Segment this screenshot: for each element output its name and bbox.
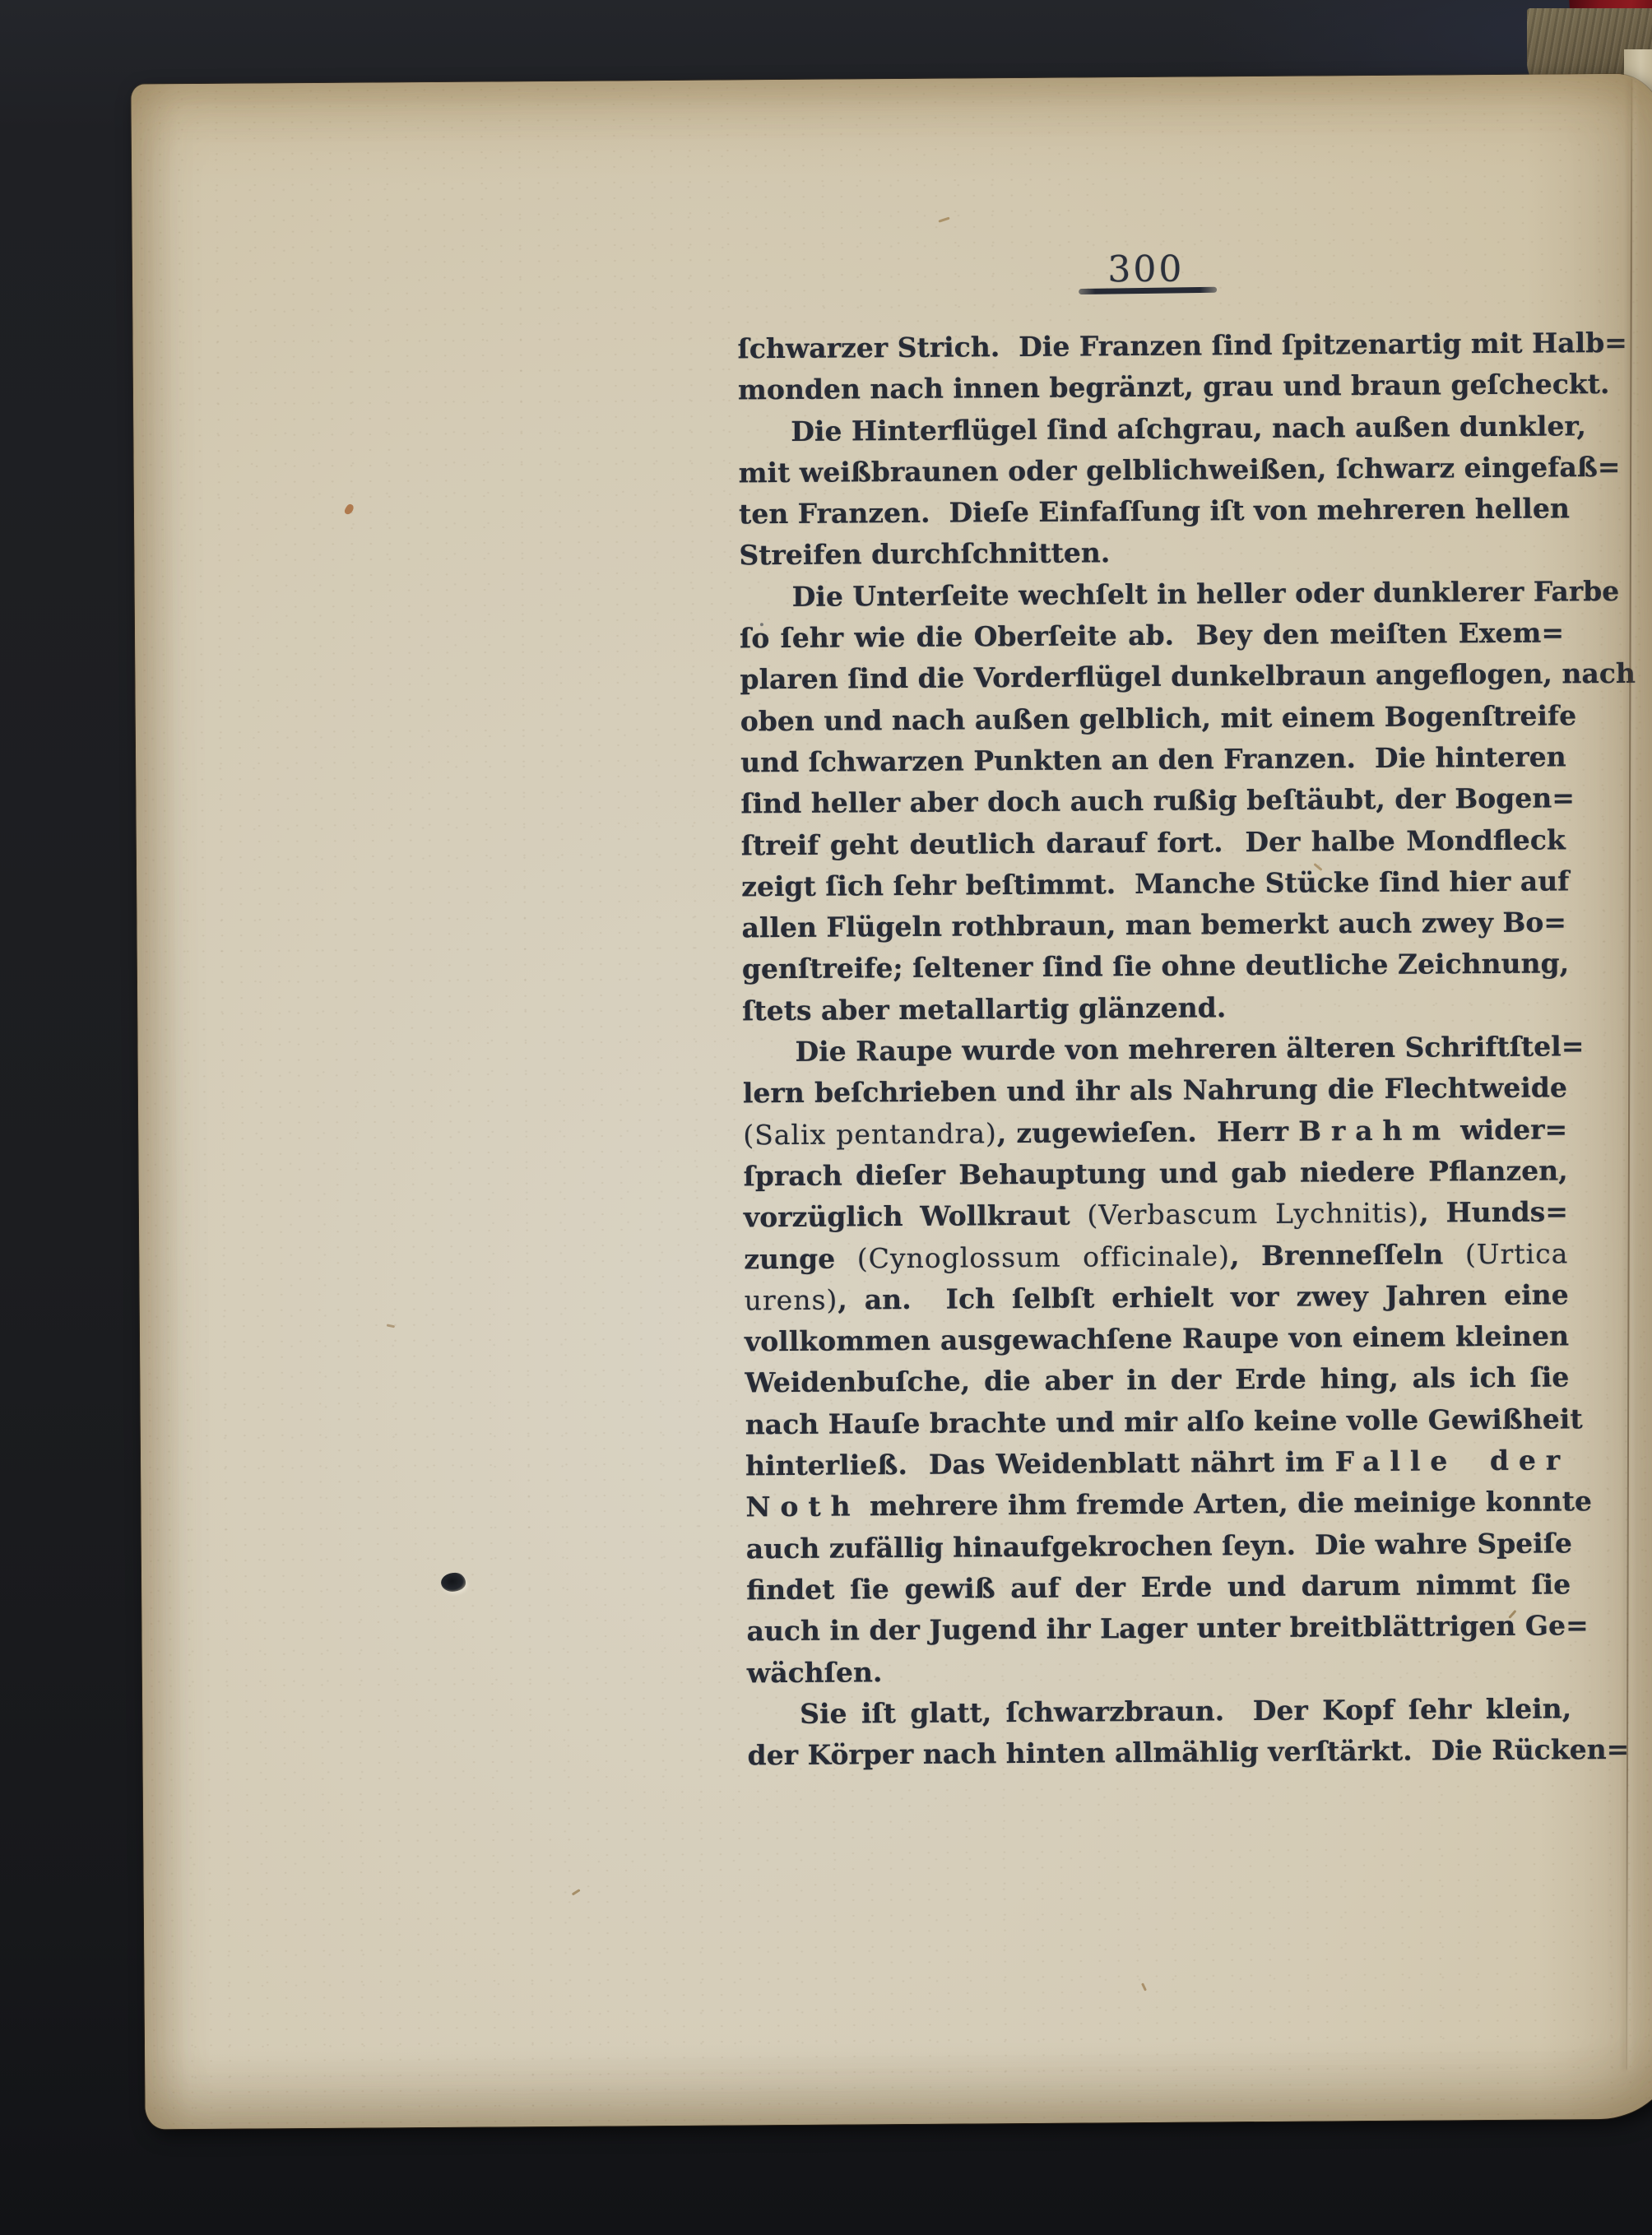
- fraktur-text-segment: nach Hauſe brachte und mir alſo keine vo…: [745, 1403, 1583, 1440]
- text-line: vorzüglich Wollkraut (Verbascum Lychniti…: [744, 1192, 1568, 1239]
- text-line: ſtreif geht deutlich darauf fort. Der ha…: [741, 819, 1566, 866]
- fraktur-text-segment: allen Flügeln rothbraun, man bemerkt auc…: [741, 907, 1566, 944]
- fraktur-text-segment: ſchwarzer Strich. Die Franzen ſind ſpitz…: [737, 327, 1627, 365]
- fraktur-text-segment: , Hunds=: [1419, 1196, 1568, 1229]
- text-line: Die Raupe wurde von mehreren älteren Sch…: [742, 1026, 1566, 1073]
- fraktur-text-segment: auch zufällig hinaufgekrochen ſeyn. Die …: [746, 1527, 1572, 1565]
- fraktur-text-segment: ſind heller aber doch auch rußig beſtäub…: [740, 782, 1575, 820]
- text-line: Streifen durchſchnitten.: [739, 530, 1563, 577]
- text-line: lern beſchrieben und ihr als Nahrung die…: [743, 1068, 1567, 1115]
- fraktur-text-segment: Die Raupe wurde von mehreren älteren Sch…: [795, 1030, 1584, 1068]
- text-line: nach Hauſe brachte und mir alſo keine vo…: [745, 1398, 1570, 1445]
- fraktur-text-segment: auch in der Jugend ihr Lager unter breit…: [746, 1609, 1588, 1647]
- page-header: 300: [1064, 248, 1228, 290]
- text-line: und ſchwarzen Punkten an den Franzen. Di…: [740, 736, 1565, 783]
- page-number-rule: [1079, 287, 1217, 294]
- latin-text-segment: (Verbascum Lychnitis): [1087, 1197, 1419, 1231]
- fraktur-text-segment: , an. Ich ſelbſt erhielt vor zwey Jahren…: [838, 1278, 1569, 1315]
- wormhole-stain: [441, 1573, 466, 1592]
- text-line: ſind heller aber doch auch rußig beſtäub…: [740, 778, 1565, 825]
- text-line: Weidenbuſche, die aber in der Erde hing,…: [745, 1357, 1569, 1404]
- fraktur-text-segment: und ſchwarzen Punkten an den Franzen. Di…: [740, 740, 1566, 778]
- fraktur-text-segment: hinterließ. Das Weidenblatt nährt im: [745, 1445, 1335, 1481]
- fraktur-text-segment: der Körper nach hinten allmählig verſtär…: [747, 1733, 1629, 1771]
- fraktur-text-segment: ſtets aber metallartig glänzend.: [742, 991, 1226, 1027]
- fraktur-text-segment: findet ſie gewiß auf der Erde und darum …: [746, 1568, 1571, 1606]
- paper-fiber-speck: [1141, 1982, 1147, 1991]
- paper-fiber-speck: [343, 503, 355, 516]
- fraktur-text-segment: lern beſchrieben und ihr als Nahrung die…: [743, 1072, 1567, 1110]
- fraktur-text-segment: oben und nach außen gelblich, mit einem …: [740, 699, 1577, 737]
- fraktur-text-segment: ſprach dieſer Behauptung und gab niedere…: [743, 1154, 1567, 1192]
- text-line: urens), an. Ich ſelbſt erhielt vor zwey …: [745, 1274, 1569, 1321]
- text-line: ſo ſehr wie die Oberſeite ab. Bey den me…: [740, 612, 1564, 659]
- text-line: Die Unterſeite wechſelt in heller oder d…: [740, 571, 1564, 618]
- spaced-text-segment: Falle der: [1335, 1444, 1571, 1477]
- fraktur-text-segment: zunge: [744, 1242, 857, 1275]
- latin-text-segment: (Salix pentandra): [743, 1117, 997, 1151]
- fraktur-text-segment: ten Franzen. Dieſe Einfaſſung iſt von me…: [739, 493, 1570, 531]
- fraktur-text-segment: Sie iſt glatt, ſchwarzbraun. Der Kopf ſe…: [800, 1692, 1571, 1730]
- fraktur-text-segment: mit weißbraunen oder gelblichweißen, ſch…: [739, 451, 1621, 489]
- latin-text-segment: (Cynoglossum officinale): [857, 1240, 1231, 1274]
- fraktur-text-segment: wächſen.: [747, 1656, 883, 1689]
- text-line: auch in der Jugend ihr Lager unter breit…: [746, 1606, 1571, 1653]
- text-line: vollkommen ausgewachſene Raupe von einem…: [745, 1315, 1569, 1362]
- text-line: ſtets aber metallartig glänzend.: [742, 985, 1566, 1032]
- fraktur-text-segment: Streifen durchſchnitten.: [739, 537, 1110, 572]
- text-line: ten Franzen. Dieſe Einfaſſung iſt von me…: [739, 489, 1563, 536]
- fraktur-text-segment: vollkommen ausgewachſene Raupe von einem…: [745, 1319, 1569, 1357]
- text-line: hinterließ. Das Weidenblatt nährt im Fal…: [745, 1440, 1570, 1486]
- fraktur-text-segment: Weidenbuſche, die aber in der Erde hing,…: [745, 1361, 1569, 1399]
- scanned-book-page: 300 ſchwarzer Strich. Die Franzen ſind ſ…: [131, 74, 1652, 2130]
- text-line: plaren ſind die Vorderflügel dunkelbraun…: [740, 654, 1564, 701]
- fraktur-text-segment: plaren ſind die Vorderflügel dunkelbraun…: [740, 657, 1636, 696]
- text-line: zeigt ſich ſehr beſtimmt. Manche Stücke …: [741, 860, 1566, 907]
- latin-text-segment: (Urtica: [1465, 1237, 1569, 1270]
- paper-fiber-speck: [572, 1889, 581, 1895]
- text-block: ſchwarzer Strich. Die Franzen ſind ſpitz…: [737, 322, 1571, 1776]
- paper-fiber-speck: [387, 1324, 395, 1328]
- fraktur-text-segment: , Brenneſſeln: [1230, 1238, 1465, 1272]
- scan-photo: { "header": { "page_number": "300" }, "c…: [0, 0, 1652, 2235]
- fraktur-text-segment: zeigt ſich ſehr beſtimmt. Manche Stücke …: [741, 865, 1570, 902]
- text-line: der Körper nach hinten allmählig verſtär…: [747, 1729, 1571, 1776]
- fraktur-text-segment: ſtreif geht deutlich darauf fort. Der ha…: [741, 823, 1566, 861]
- fraktur-text-segment: Die Hinterflügel ſind aſchgrau, nach auß…: [791, 410, 1586, 447]
- fraktur-text-segment: monden nach innen begränzt, grau und bra…: [738, 368, 1610, 406]
- fraktur-text-segment: wider=: [1450, 1113, 1567, 1146]
- fraktur-text-segment: ſo ſehr wie die Oberſeite ab. Bey den me…: [740, 616, 1564, 654]
- fraktur-text-segment: genſtreife; ſeltener ſind ſie ohne deutl…: [742, 948, 1570, 985]
- text-line: auch zufällig hinaufgekrochen ſeyn. Die …: [746, 1523, 1571, 1570]
- text-line: wächſen.: [747, 1647, 1571, 1694]
- text-line: findet ſie gewiß auf der Erde und darum …: [746, 1564, 1571, 1611]
- text-line: Sie iſt glatt, ſchwarzbraun. Der Kopf ſe…: [747, 1688, 1571, 1735]
- spaced-text-segment: Noth: [745, 1491, 860, 1523]
- text-line: Noth mehrere ihm fremde Arten, die meini…: [745, 1481, 1570, 1528]
- page-fold-line: [1626, 79, 1632, 2070]
- fraktur-text-segment: vorzüglich Wollkraut: [744, 1199, 1088, 1234]
- text-line: ſprach dieſer Behauptung und gab niedere…: [743, 1150, 1567, 1197]
- text-line: genſtreife; ſeltener ſind ſie ohne deutl…: [742, 944, 1566, 990]
- fraktur-text-segment: Die Unterſeite wechſelt in heller oder d…: [792, 575, 1620, 613]
- text-line: mit weißbraunen oder gelblichweißen, ſch…: [738, 447, 1562, 494]
- text-line: oben und nach außen gelblich, mit einem …: [740, 695, 1565, 742]
- text-line: Die Hinterflügel ſind aſchgrau, nach auß…: [738, 406, 1562, 452]
- text-line: (Salix pentandra), zugewieſen. Herr Brah…: [743, 1109, 1567, 1156]
- text-line: ſchwarzer Strich. Die Franzen ſind ſpitz…: [737, 322, 1562, 369]
- text-line: monden nach innen begränzt, grau und bra…: [738, 364, 1562, 411]
- paper-fiber-speck: [938, 217, 949, 223]
- fraktur-text-segment: mehrere ihm fremde Arten, die meinige ko…: [860, 1485, 1592, 1522]
- page-number: 300: [1064, 248, 1228, 290]
- text-line: allen Flügeln rothbraun, man bemerkt auc…: [741, 902, 1566, 949]
- fraktur-text-segment: , zugewieſen. Herr: [997, 1115, 1299, 1149]
- text-line: zunge (Cynoglossum officinale), Brenneſſ…: [744, 1233, 1568, 1280]
- latin-text-segment: urens): [745, 1283, 838, 1316]
- paper-fiber-speck: [760, 623, 763, 626]
- spaced-text-segment: Brahm: [1298, 1114, 1450, 1147]
